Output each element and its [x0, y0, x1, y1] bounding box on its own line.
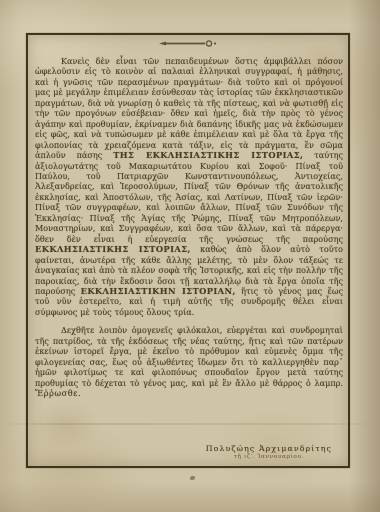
paragraph-text: ταύτης ἀξιολογωτάτης τοῦ Μακαριωτάτου Κυ…	[35, 150, 343, 244]
signature-name: Πολυζώης Ἀρχιμανδρίτης	[206, 444, 332, 453]
signature-block: Πολυζώης Ἀρχιμανδρίτης τῇ ιζ′. Ἰαννουαρί…	[206, 444, 332, 460]
document-body: Κανεὶς δὲν εἶναι τῶν πεπαιδευμένων ὅστις…	[35, 56, 343, 399]
paragraph-text: Κανεὶς δὲν εἶναι τῶν πεπαιδευμένων ὅστις…	[35, 56, 343, 160]
paragraph-text: Δεχθῆτε λοιπὸν ὁμογενεῖς φιλόκαλοι, εὐερ…	[35, 325, 343, 387]
signature-date: τῇ ιζ′. Ἰαννουαρίου.	[206, 454, 332, 460]
paragraph-announcement: Κανεὶς δὲν εἶναι τῶν πεπαιδευμένων ὅστις…	[35, 56, 343, 317]
gathering-mark	[190, 476, 195, 480]
emphasis-title-caps: ΕΚΚΛΗΣΙΑΣΤΙΚΗΝ ΙΣΤΟΡΙΑΝ,	[81, 286, 236, 296]
emphasis-title-caps: ΤΗΣ ΕΚΚΛΗΣΙΑΣΤΙΚΗΣ ΙΣΤΟΡΙΑΣ,	[113, 150, 303, 160]
emphasis-title-caps: ΕΚΚΛΗΣΙΑΣΤΙΚΗΣ ΙΣΤΟΡΙΑΣ,	[35, 244, 191, 254]
document-frame: Κανεὶς δὲν εἶναι τῶν πεπαιδευμένων ὅστις…	[26, 33, 350, 468]
closing-word: Ἔῤῥωσθε.	[35, 388, 81, 398]
header-ornament-icon	[156, 38, 220, 49]
paragraph-appeal: Δεχθῆτε λοιπὸν ὁμογενεῖς φιλόκαλοι, εὐερ…	[35, 325, 343, 398]
scanned-page: Κανεὶς δὲν εἶναι τῶν πεπαιδευμένων ὅστις…	[0, 0, 380, 512]
